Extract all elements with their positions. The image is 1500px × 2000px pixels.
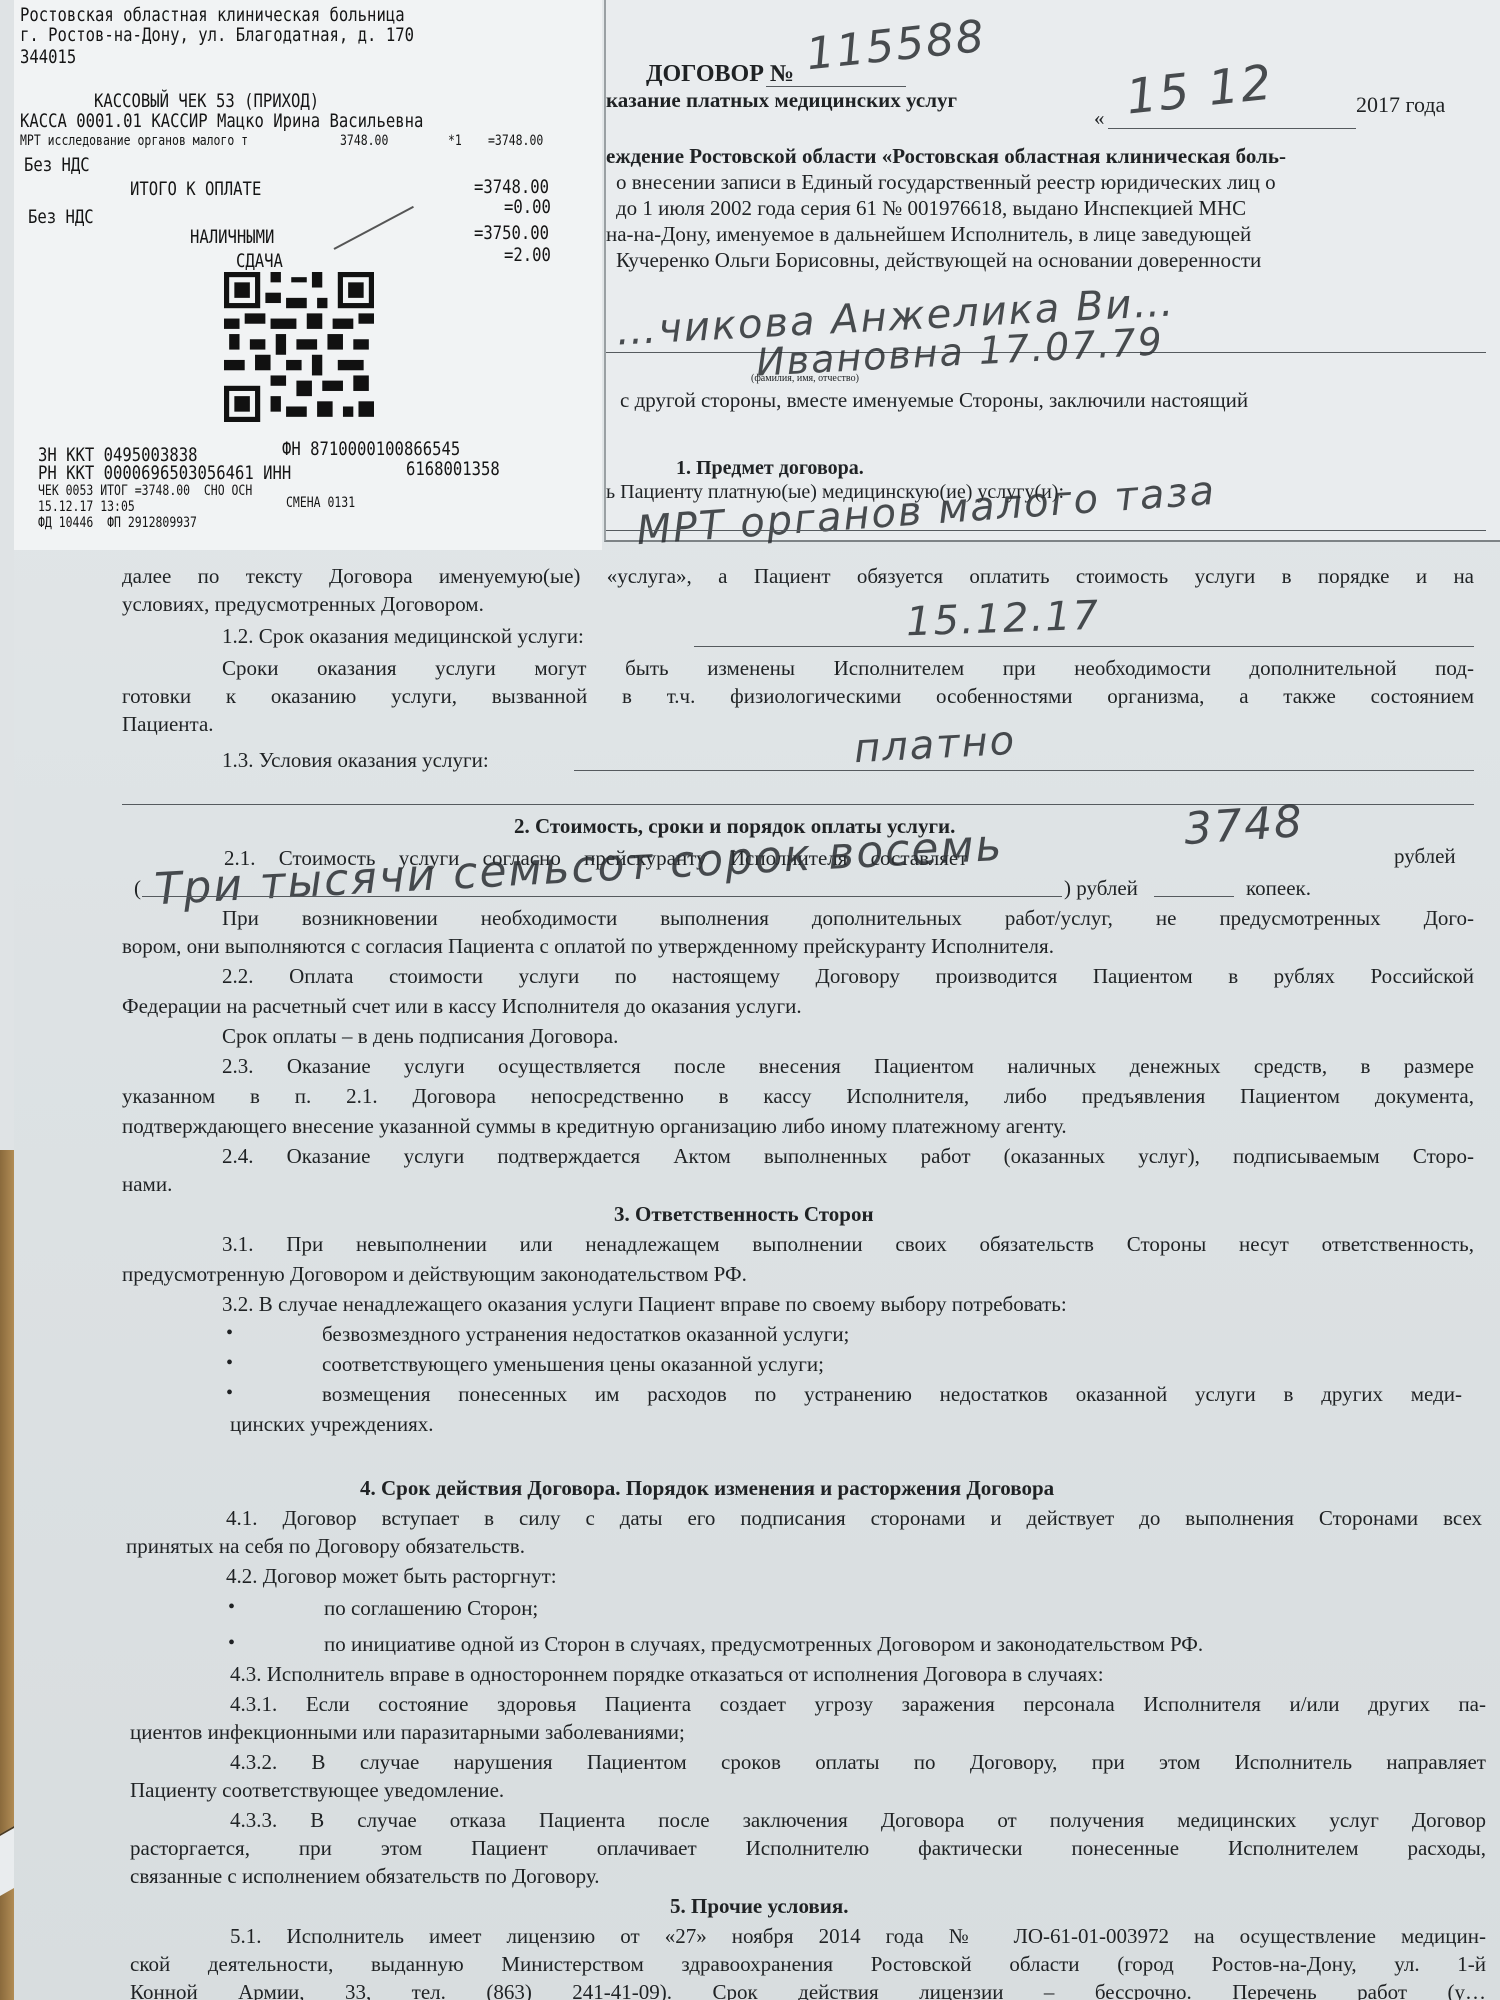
p41-line-1: 4.1. Договор вступает в силу с даты его … [226, 1508, 1482, 1529]
preamble-line-2: о внесении записи в Единый государственн… [616, 172, 1486, 193]
p433-line-3: связанные с исполнением обязательств по … [130, 1866, 600, 1887]
p12-label: 1.2. Срок оказания медицинской услуги: [222, 626, 584, 647]
contract-date-underline [1108, 128, 1356, 129]
contract-subtitle: казание платных медицинских услуг [606, 90, 957, 111]
service-underline [606, 530, 1486, 531]
section3-heading: 3. Ответственность Сторон [614, 1204, 874, 1225]
receipt-cashier: КАССА 0001.01 КАССИР Мацко Ирина Василье… [20, 112, 423, 131]
s3-bullet-1: безвозмездного устранения недостатков ок… [322, 1324, 849, 1345]
receipt-cash-label: НАЛИЧНЫМИ [190, 228, 274, 247]
p21-kop-underline [1154, 896, 1234, 897]
receipt-shift: СМЕНА 0131 [286, 496, 355, 510]
p21-open-paren: ( [134, 878, 141, 899]
receipt-change-value: =2.00 [504, 246, 551, 265]
p21-note-line-1: При возникновении необходимости выполнен… [222, 908, 1474, 929]
receipt-org-name: Ростовская областная клиническая больниц… [20, 6, 405, 25]
p12-note-line-3: Пациента. [122, 714, 214, 735]
bullet-icon: • [226, 1352, 233, 1375]
p432-line-2: Пациенту соответствующее уведомление. [130, 1780, 504, 1801]
p32: 3.2. В случае ненадлежащего оказания усл… [222, 1294, 1067, 1315]
pen-mark [334, 206, 414, 250]
p21-note-line-2: вором, они выполняются с согласия Пациен… [122, 936, 1054, 957]
p12-note-line-1: Сроки оказания услуги могут быть изменен… [222, 658, 1474, 679]
receipt-datetime: 15.12.17 13:05 [38, 500, 135, 514]
p13-underline [574, 770, 1474, 771]
p43: 4.3. Исполнитель вправе в одностороннем … [230, 1664, 1104, 1685]
p23-line-1: 2.3. Оказание услуги осуществляется посл… [222, 1056, 1474, 1077]
receipt-title: КАССОВЫЙ ЧЕК 53 (ПРИХОД) [94, 92, 319, 111]
s3-bullet-2: соответствующего уменьшения цены оказанн… [322, 1354, 824, 1375]
contract-year: 2017 года [1356, 94, 1445, 116]
receipt-inn: 6168001358 [406, 460, 500, 479]
s4-bullet-1: по соглашению Сторон; [324, 1598, 538, 1619]
p1-cont-line-1: далее по тексту Договора именуемую(ые) «… [122, 566, 1474, 587]
p12-handwritten: 15.12.17 [905, 593, 1101, 646]
p431-line-2: циентов инфекционными или паразитарными … [130, 1722, 685, 1743]
fio-caption: (фамилия, имя, отчество) [751, 374, 859, 384]
p432-line-1: 4.3.2. В случае нарушения Пациентом срок… [230, 1752, 1486, 1773]
p433-line-1: 4.3.3. В случае отказа Пациента после за… [230, 1810, 1486, 1831]
p21-words-underline [142, 896, 1062, 897]
section4-heading: 4. Срок действия Договора. Порядок измен… [360, 1478, 1054, 1499]
contract-date-handwritten: 15 12 [1123, 54, 1275, 125]
p31-line-1: 3.1. При невыполнении или ненадлежащем в… [222, 1234, 1474, 1255]
receipt-vat-1: Без НДС [24, 156, 90, 175]
receipt-postcode: 344015 [20, 48, 76, 67]
p51-line-3: Конной Армии, 33, тел. (863) 241-41-09).… [130, 1982, 1486, 2000]
receipt-address: г. Ростов-на-Дону, ул. Благодатная, д. 1… [20, 26, 414, 45]
receipt-item-sum: =3748.00 [488, 134, 543, 148]
p24-line-2: нами. [122, 1174, 172, 1195]
preamble-line-4: на-на-Дону, именуемое в дальнейшем Испол… [606, 224, 1486, 245]
p431-line-1: 4.3.1. Если состояние здоровья Пациента … [230, 1694, 1486, 1715]
receipt-change-label: СДАЧА [236, 252, 283, 271]
contract-page: ДОГОВОР № 115588 казание платных медицин… [14, 0, 1500, 2000]
contract-number-underline [766, 86, 906, 87]
p51-line-1: 5.1. Исполнитель имеет лицензию от «27» … [230, 1926, 1486, 1947]
s3-bullet-3-cont: цинских учреждениях. [230, 1414, 434, 1435]
p12-underline [694, 646, 1474, 647]
receipt-item-qty: *1 [448, 134, 462, 148]
p22-line-1: 2.2. Оплата стоимости услуги по настояще… [222, 966, 1474, 987]
receipt-check-line: ЧЕК 0053 ИТОГ =3748.00 СНО ОСН [38, 484, 252, 498]
parties-line: с другой стороны, вместе именуемые Сторо… [620, 390, 1490, 411]
section5-heading: 5. Прочие условия. [670, 1896, 848, 1917]
receipt-fd-fp: ФД 10446 ФП 2912809937 [38, 516, 197, 530]
receipt-fn: ФН 8710000100866545 [282, 440, 460, 459]
s3-bullet-3: возмещения понесенных им расходов по уст… [322, 1384, 1462, 1405]
p21-kop: копеек. [1246, 878, 1311, 899]
receipt-item-price: 3748.00 [340, 134, 388, 148]
p31-line-2: предусмотренную Договором и действующим … [122, 1264, 747, 1285]
p51-line-2: ской деятельности, выданную Министерство… [130, 1954, 1486, 1975]
p42: 4.2. Договор может быть расторгнут: [226, 1566, 557, 1587]
bullet-icon: • [228, 1596, 235, 1619]
receipt-cash-value: =3750.00 [474, 224, 549, 243]
p22-line-2: Федерации на расчетный счет или в кассу … [122, 996, 802, 1017]
p433-line-2: расторгается, при этом Пациент оплачивае… [130, 1838, 1486, 1859]
preamble-line-5: Кучеренко Ольги Борисовны, действующей н… [616, 250, 1486, 271]
receipt-item-name: МРТ исследование органов малого т [20, 134, 248, 148]
p21-rub: рублей [1394, 846, 1456, 867]
contract-title: ДОГОВОР № [646, 62, 794, 86]
bullet-icon: • [228, 1632, 235, 1655]
contract-number-handwritten: 115588 [804, 11, 988, 81]
p23-line-3: подтверждающего внесение указанной суммы… [122, 1116, 1067, 1137]
p41-line-2: принятых на себя по Договору обязательст… [126, 1536, 525, 1557]
bullet-icon: • [226, 1322, 233, 1345]
p13-handwritten: платно [853, 718, 1017, 772]
table-corner [0, 1826, 14, 1896]
bullet-icon: • [226, 1382, 233, 1405]
receipt-vat-2: Без НДС [28, 208, 94, 227]
cash-receipt: Ростовская областная клиническая больниц… [14, 0, 602, 550]
contract-header-sheet: ДОГОВОР № 115588 казание платных медицин… [604, 0, 1500, 542]
s4-bullet-2: по инициативе одной из Сторон в случаях,… [324, 1634, 1203, 1655]
p21-rub2: ) рублей [1064, 878, 1138, 899]
receipt-vat-value: =0.00 [504, 198, 551, 217]
p12-note-line-2: готовки к оказанию услуги, вызванной в т… [122, 686, 1474, 707]
p21-amount-handwritten: 3748 [1182, 796, 1305, 855]
p22-term: Срок оплаты – в день подписания Договора… [222, 1026, 618, 1047]
qr-code-icon[interactable] [224, 272, 374, 422]
date-open-quote: « [1094, 108, 1105, 129]
p13-label: 1.3. Условия оказания услуги: [222, 750, 489, 771]
receipt-total-value: =3748.00 [474, 178, 549, 197]
p24-line-1: 2.4. Оказание услуги подтверждается Акто… [222, 1146, 1474, 1167]
preamble-line-3: до 1 июля 2002 года серия 61 № 001976618… [616, 198, 1486, 219]
receipt-total-label: ИТОГО К ОПЛАТЕ [130, 180, 261, 199]
preamble-line-1: еждение Ростовской области «Ростовская о… [606, 146, 1486, 167]
p1-cont-line-2: условиях, предусмотренных Договором. [122, 594, 484, 615]
section1-heading: 1. Предмет договора. [676, 458, 864, 478]
p23-line-2: указанном в п. 2.1. Договора непосредств… [122, 1086, 1474, 1107]
receipt-rn-kkt: РН ККТ 0000696503056461 ИНН [38, 464, 291, 483]
